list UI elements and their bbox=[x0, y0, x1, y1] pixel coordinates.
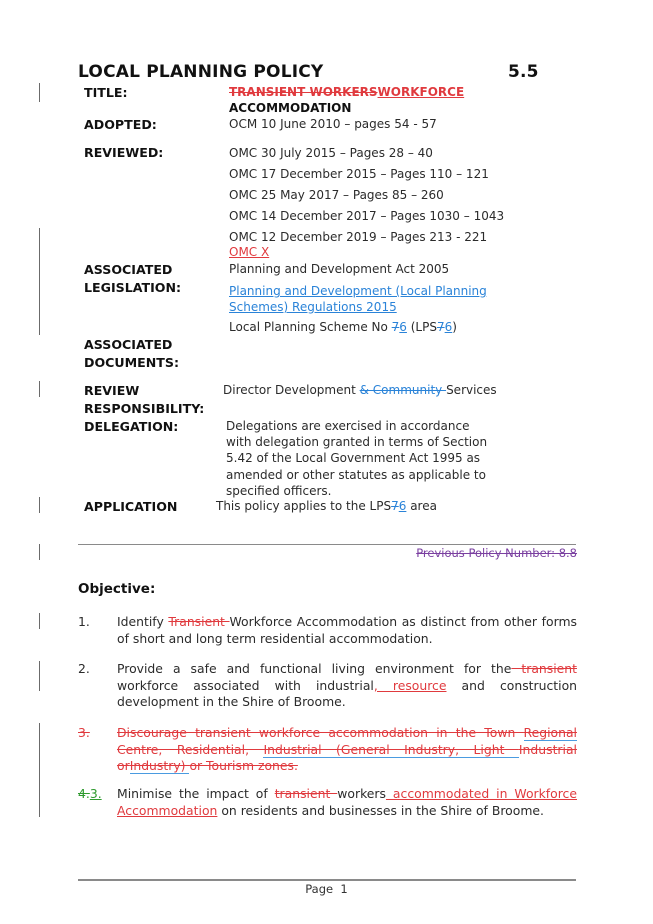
delegation-value: Delegations are exercised in accordance … bbox=[226, 418, 487, 499]
change-bar bbox=[39, 228, 40, 335]
change-bar bbox=[39, 544, 40, 560]
delegation-line: amended or other statutes as applicable … bbox=[226, 467, 487, 483]
reviewed-inserted-item: OMC X bbox=[229, 244, 269, 260]
change-bar bbox=[39, 83, 40, 102]
delegation-line: Delegations are exercised in accordance bbox=[226, 418, 487, 434]
text: Industrial (General Industry, Light bbox=[263, 742, 518, 758]
legislation-item-lps: Local Planning Scheme No 76 (LPS76) bbox=[229, 319, 457, 335]
change-bar bbox=[39, 661, 40, 691]
delegation-line: with delegation granted in terms of Sect… bbox=[226, 434, 487, 450]
application-deleted-number: 7 bbox=[391, 499, 399, 513]
inserted-text: , resource bbox=[374, 678, 447, 693]
legislation-link-line2[interactable]: Schemes) Regulations 2015 bbox=[229, 299, 487, 315]
deleted-number: 4. bbox=[78, 786, 90, 801]
reviewed-label: REVIEWED: bbox=[84, 144, 163, 162]
legislation-link-line1[interactable]: Planning and Development (Local Planning bbox=[229, 283, 487, 299]
adopted-value: OCM 10 June 2010 – pages 54 - 57 bbox=[229, 116, 437, 132]
review-prefix: Director Development bbox=[223, 383, 360, 397]
change-bar bbox=[39, 723, 40, 817]
deleted-text: Transient bbox=[168, 614, 229, 629]
objective-number: 2. bbox=[78, 661, 90, 678]
lps-suffix: ) bbox=[452, 320, 457, 334]
footer-divider bbox=[78, 879, 576, 881]
objective-item-1: Identify Transient Workforce Accommodati… bbox=[117, 614, 577, 647]
text: workforce associated with industrial bbox=[117, 678, 374, 693]
title-deleted-text: TRANSIENT WORKERS bbox=[229, 85, 378, 99]
document-title: LOCAL PLANNING POLICY bbox=[78, 62, 323, 82]
reviewed-item: OMC 30 July 2015 – Pages 28 – 40 bbox=[229, 145, 433, 161]
section-divider bbox=[78, 544, 576, 545]
objective-item-2: Provide a safe and functional living env… bbox=[117, 661, 577, 711]
text: 3. bbox=[78, 725, 90, 740]
policy-number: 5.5 bbox=[508, 62, 539, 82]
change-bar bbox=[39, 613, 40, 629]
legislation-link[interactable]: Planning and Development (Local Planning… bbox=[229, 283, 487, 315]
adopted-label: ADOPTED: bbox=[84, 116, 157, 134]
page-number: Page 1 bbox=[0, 882, 653, 896]
text: or Tourism zones. bbox=[189, 758, 297, 773]
delegation-line: 5.42 of the Local Government Act 1995 as bbox=[226, 450, 487, 466]
deleted-text: transient bbox=[275, 786, 338, 801]
reviewed-item: OMC 25 May 2017 – Pages 85 – 260 bbox=[229, 187, 444, 203]
application-suffix: area bbox=[406, 499, 437, 513]
objective-heading: Objective: bbox=[78, 581, 155, 597]
deleted-text: transient bbox=[511, 661, 577, 676]
documents-label-line2: DOCUMENTS: bbox=[84, 354, 179, 372]
inserted-number: 3. bbox=[90, 786, 102, 801]
title-inserted-text: WORKFORCE bbox=[378, 85, 465, 99]
title-label: TITLE: bbox=[84, 84, 128, 102]
objective-number: 4.3. bbox=[78, 786, 118, 803]
reviewed-item: OMC 17 December 2015 – Pages 110 – 121 bbox=[229, 166, 489, 182]
objective-item-3-deleted: Discourage transient workforce accommoda… bbox=[117, 725, 577, 775]
lps-mid: (LPS bbox=[407, 320, 437, 334]
application-prefix: This policy applies to the LPS bbox=[216, 499, 391, 513]
review-responsibility-value: Director Development & Community Service… bbox=[223, 382, 497, 398]
review-responsibility-label: REVIEW RESPONSIBILITY: bbox=[84, 382, 204, 418]
review-label-line1: REVIEW bbox=[84, 382, 204, 400]
legislation-label-line1: ASSOCIATED bbox=[84, 261, 181, 279]
lps-deleted-number-2: 7 bbox=[437, 320, 445, 334]
delegation-label: DELEGATION: bbox=[84, 418, 178, 436]
lps-prefix: Local Planning Scheme No bbox=[229, 320, 392, 334]
text: Centre, Residential, bbox=[117, 742, 263, 757]
previous-policy-number: Previous Policy Number: 8.8 bbox=[416, 546, 577, 560]
change-bar bbox=[39, 381, 40, 397]
text: Industry) bbox=[130, 758, 190, 774]
review-label-line2: RESPONSIBILITY: bbox=[84, 400, 204, 418]
text: Discourage transient workforce accommoda… bbox=[117, 725, 524, 740]
change-bar bbox=[39, 497, 40, 513]
legislation-label-line2: LEGISLATION: bbox=[84, 279, 181, 297]
text: Identify bbox=[117, 614, 168, 629]
review-deleted-text: & Community bbox=[360, 383, 446, 397]
objective-item-4: Minimise the impact of transient workers… bbox=[117, 786, 577, 819]
documents-label: ASSOCIATED DOCUMENTS: bbox=[84, 336, 179, 372]
application-label: APPLICATION bbox=[84, 498, 177, 516]
text: Minimise the impact of bbox=[117, 786, 275, 801]
reviewed-item: OMC 14 December 2017 – Pages 1030 – 1043 bbox=[229, 208, 504, 224]
review-suffix: Services bbox=[446, 383, 497, 397]
text: workers bbox=[337, 786, 386, 801]
documents-label-line1: ASSOCIATED bbox=[84, 336, 179, 354]
objective-number: 1. bbox=[78, 614, 90, 631]
text: Provide a safe and functional living env… bbox=[117, 661, 511, 676]
delegation-line: specified officers. bbox=[226, 483, 487, 499]
text: on residents and businesses in the Shire… bbox=[217, 803, 544, 818]
lps-inserted-number: 6 bbox=[399, 320, 407, 334]
legislation-item: Planning and Development Act 2005 bbox=[229, 261, 449, 277]
legislation-label: ASSOCIATED LEGISLATION: bbox=[84, 261, 181, 297]
application-value: This policy applies to the LPS76 area bbox=[216, 498, 437, 514]
reviewed-item: OMC 12 December 2019 – Pages 213 - 221 bbox=[229, 229, 487, 245]
text: Regional bbox=[524, 725, 577, 741]
title-value-line2: ACCOMMODATION bbox=[229, 99, 351, 117]
objective-number-deleted: 3. bbox=[78, 725, 117, 742]
